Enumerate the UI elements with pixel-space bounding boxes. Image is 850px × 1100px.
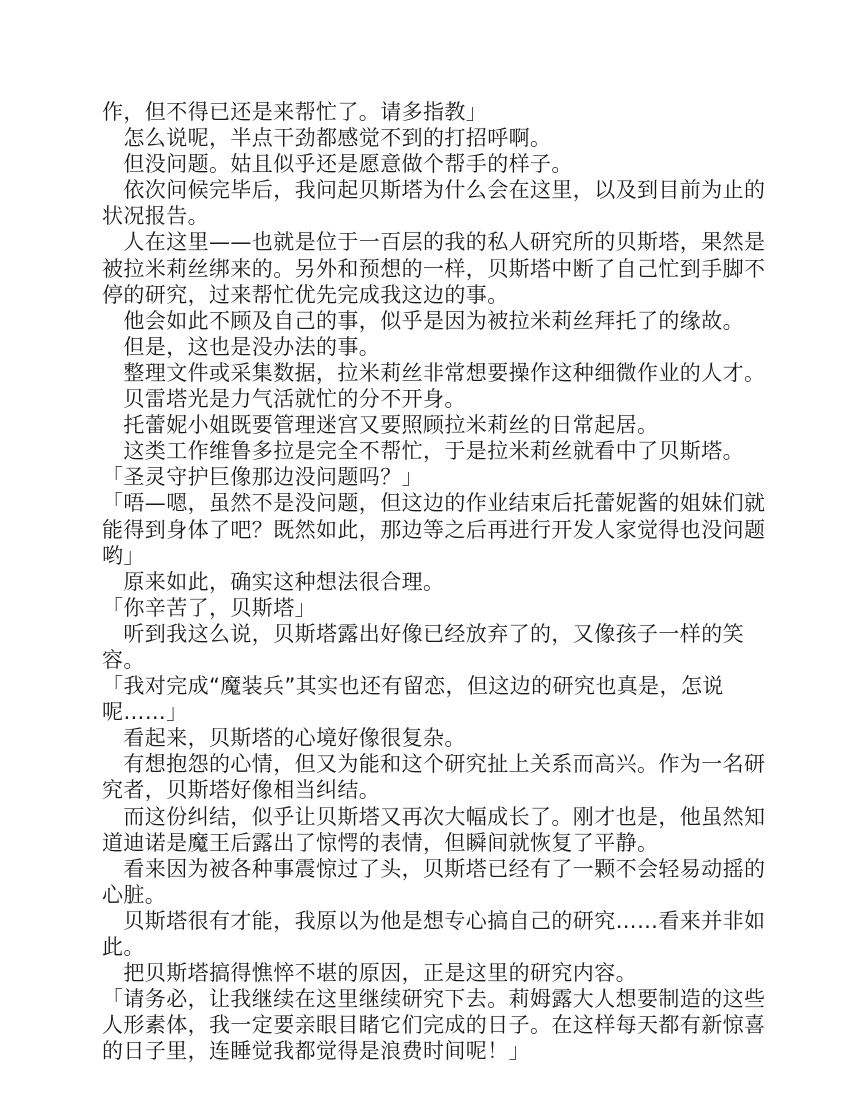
text-line: 状况报告。 bbox=[102, 203, 752, 229]
text-line: 把贝斯塔搞得憔悴不堪的原因，正是这里的研究内容。 bbox=[102, 960, 752, 986]
text-line: 的日子里，连睡觉我都觉得是浪费时间呢！」 bbox=[102, 1038, 752, 1064]
text-line: 「你辛苦了，贝斯塔」 bbox=[102, 595, 752, 621]
text-line: 怎么说呢，半点干劲都感觉不到的打招呼啊。 bbox=[102, 125, 752, 151]
text-line: 但是，这也是没办法的事。 bbox=[102, 334, 752, 360]
text-line: 作，但不得已还是来帮忙了。请多指教」 bbox=[102, 99, 752, 125]
text-line: 听到我这么说，贝斯塔露出好像已经放弃了的，又像孩子一样的笑 bbox=[102, 621, 752, 647]
text-line: 人形素体，我一定要亲眼目睹它们完成的日子。在这样每天都有新惊喜 bbox=[102, 1012, 752, 1038]
text-line: 容。 bbox=[102, 647, 752, 673]
text-line: 原来如此，确实这种想法很合理。 bbox=[102, 569, 752, 595]
text-line: 道迪诺是魔王后露出了惊愕的表情，但瞬间就恢复了平静。 bbox=[102, 830, 752, 856]
text-line: 「圣灵守护巨像那边没问题吗？」 bbox=[102, 464, 752, 490]
text-line: 依次问候完毕后，我问起贝斯塔为什么会在这里，以及到目前为止的 bbox=[102, 177, 752, 203]
text-line: 贝雷塔光是力气活就忙的分不开身。 bbox=[102, 386, 752, 412]
text-line: 能得到身体了吧？既然如此，那边等之后再进行开发人家觉得也没问题 bbox=[102, 517, 752, 543]
text-line: 「唔—嗯，虽然不是没问题，但这边的作业结束后托蕾妮酱的姐妹们就 bbox=[102, 490, 752, 516]
text-line: 呢……」 bbox=[102, 699, 752, 725]
text-line: 停的研究，过来帮忙优先完成我这边的事。 bbox=[102, 282, 752, 308]
text-line: 贝斯塔很有才能，我原以为他是想专心搞自己的研究……看来并非如 bbox=[102, 908, 752, 934]
text-line: 他会如此不顾及自己的事，似乎是因为被拉米莉丝拜托了的缘故。 bbox=[102, 308, 752, 334]
text-line: 究者，贝斯塔好像相当纠结。 bbox=[102, 777, 752, 803]
text-line: 「请务必，让我继续在这里继续研究下去。莉姆露大人想要制造的这些 bbox=[102, 986, 752, 1012]
text-line: 此。 bbox=[102, 934, 752, 960]
text-line: 哟」 bbox=[102, 543, 752, 569]
text-line: 看起来，贝斯塔的心境好像很复杂。 bbox=[102, 725, 752, 751]
text-line: 「我对完成“魔装兵”其实也还有留恋，但这边的研究也真是，怎说 bbox=[102, 673, 752, 699]
text-line: 被拉米莉丝绑来的。另外和预想的一样，贝斯塔中断了自己忙到手脚不 bbox=[102, 256, 752, 282]
text-line: 有想抱怨的心情，但又为能和这个研究扯上关系而高兴。作为一名研 bbox=[102, 751, 752, 777]
text-line: 托蕾妮小姐既要管理迷宫又要照顾拉米莉丝的日常起居。 bbox=[102, 412, 752, 438]
text-line: 这类工作维鲁多拉是完全不帮忙，于是拉米莉丝就看中了贝斯塔。 bbox=[102, 438, 752, 464]
text-line: 但没问题。姑且似乎还是愿意做个帮手的样子。 bbox=[102, 151, 752, 177]
text-line: 人在这里——也就是位于一百层的我的私人研究所的贝斯塔，果然是 bbox=[102, 229, 752, 255]
text-line: 看来因为被各种事震惊过了头，贝斯塔已经有了一颗不会轻易动摇的 bbox=[102, 856, 752, 882]
text-line: 心脏。 bbox=[102, 882, 752, 908]
document-page: 作，但不得已还是来帮忙了。请多指教」 怎么说呢，半点干劲都感觉不到的打招呼啊。 … bbox=[102, 99, 752, 1064]
text-line: 整理文件或采集数据，拉米莉丝非常想要操作这种细微作业的人才。 bbox=[102, 360, 752, 386]
text-line: 而这份纠结，似乎让贝斯塔又再次大幅成长了。刚才也是，他虽然知 bbox=[102, 804, 752, 830]
